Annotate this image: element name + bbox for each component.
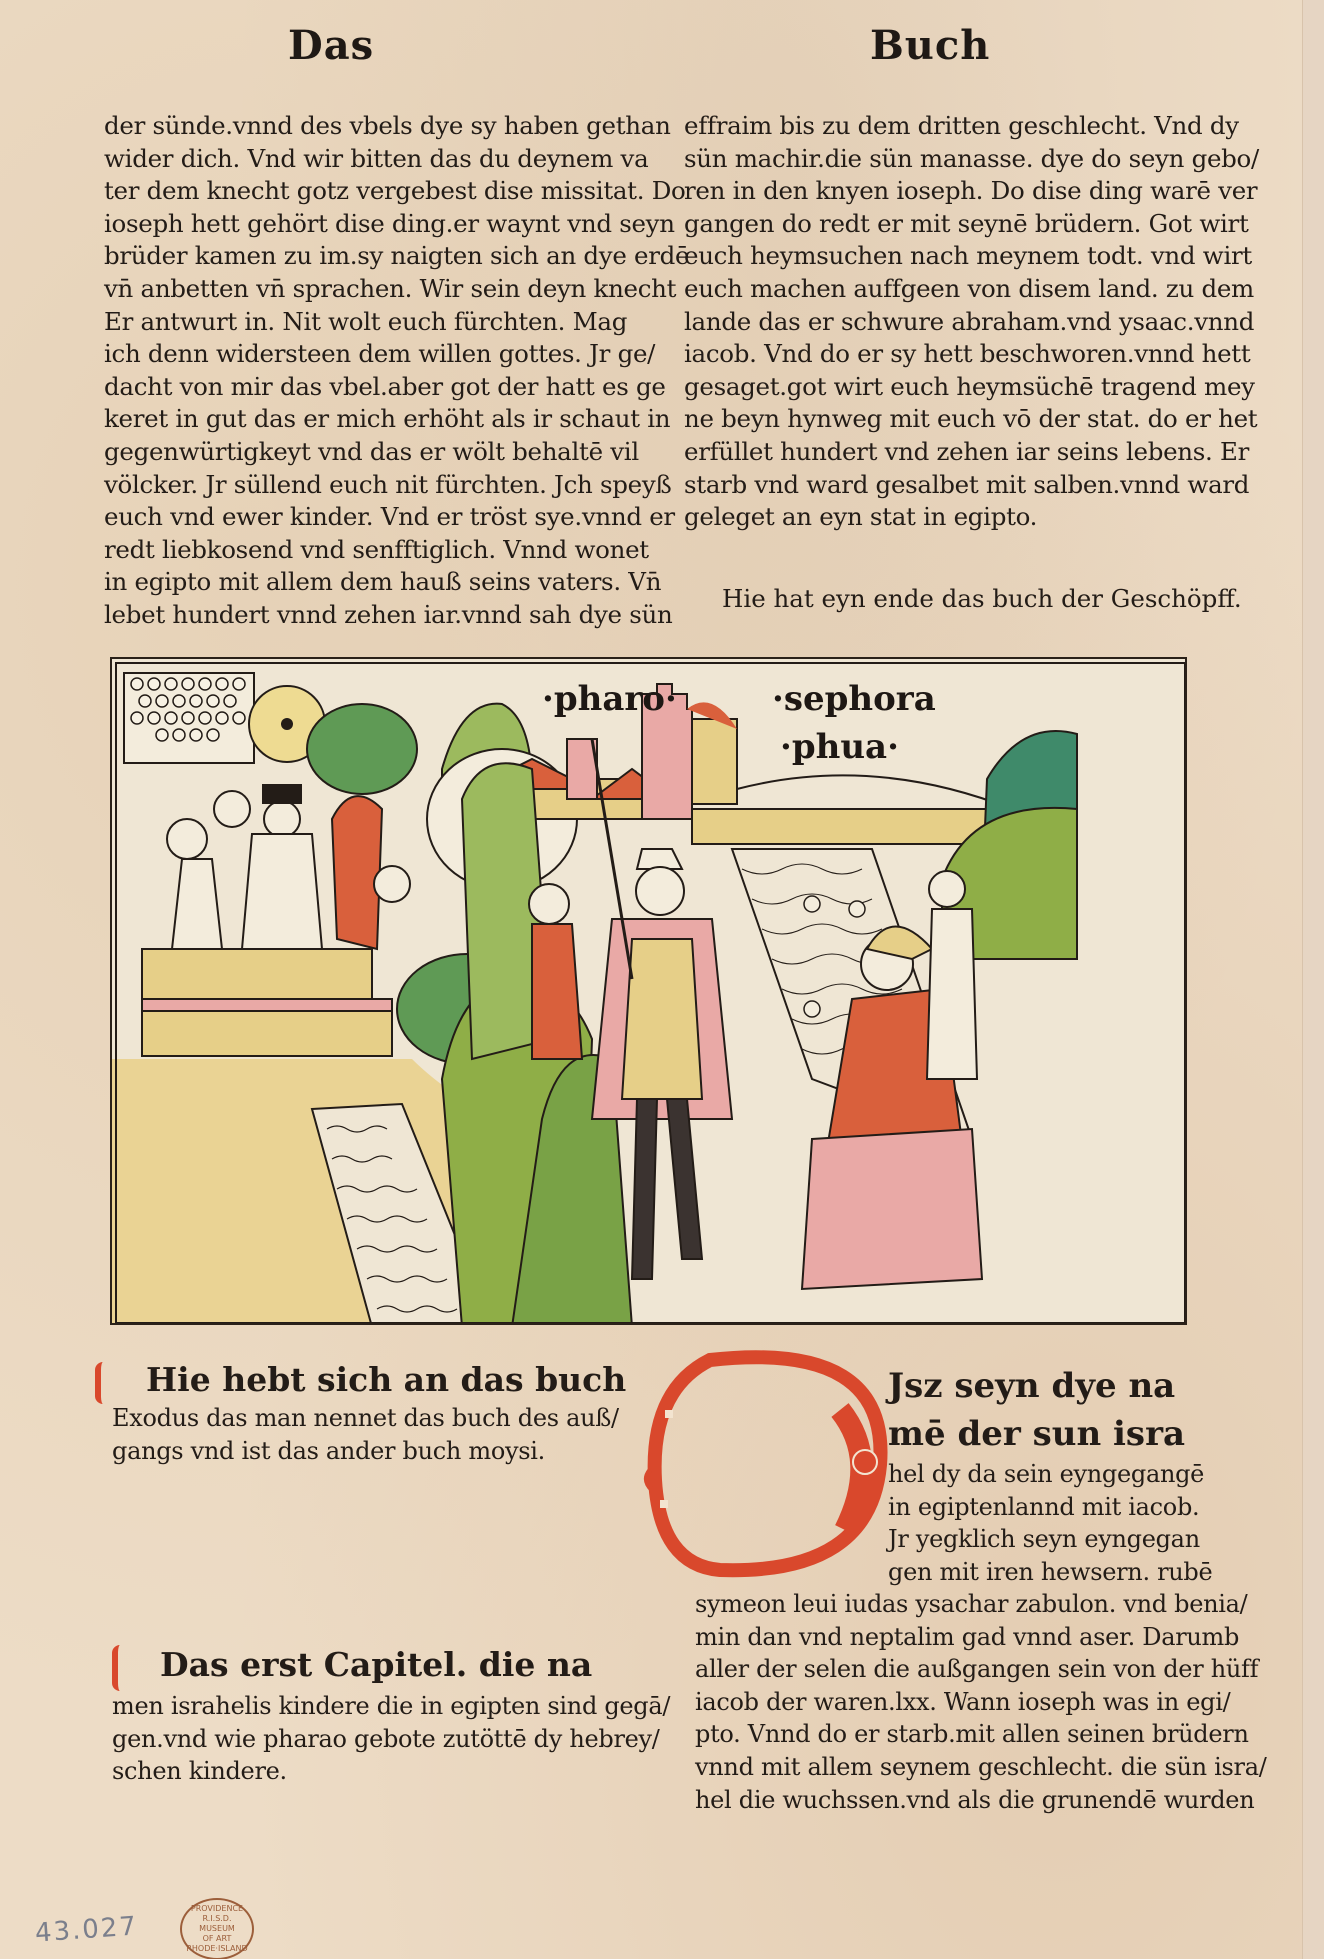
right-text-column: effraim bis zu dem dritten geschlecht. V…: [684, 110, 1184, 534]
text-line: starb vnd ward gesalbet mit salben.vnnd …: [684, 469, 1184, 502]
chapter-text-body: symeon leui iudas ysachar zabulon. vnd b…: [695, 1588, 1267, 1816]
text-line: gen mit iren hewsern. rubē: [888, 1556, 1212, 1589]
rubric-paragraph-mark: [95, 1362, 113, 1404]
text-line: gangs vnd ist das ander buch moysi.: [112, 1435, 619, 1468]
text-line: lebet hundert vnnd zehen iar.vnnd sah dy…: [104, 599, 604, 632]
text-line: gesaget.got wirt euch heymsüchē tragend …: [684, 371, 1184, 404]
running-head-right: Buch: [870, 22, 990, 69]
chapter-text-indented: hel dy da sein eyngegangē in egiptenlann…: [888, 1458, 1212, 1588]
text-line: keret in gut das er mich erhöht als ir s…: [104, 403, 604, 436]
text-line: iacob der waren.lxx. Wann ioseph was in …: [695, 1686, 1267, 1719]
text-line: men israhelis kindere die in egipten sin…: [112, 1690, 670, 1723]
text-line: gegenwürtigkeyt vnd das er wölt behaltē …: [104, 436, 604, 469]
text-line: lande das er schwure abraham.vnd ysaac.v…: [684, 306, 1184, 339]
initial-d-icon: [640, 1350, 890, 1580]
text-line: ne beyn hynweg mit euch vō der stat. do …: [684, 403, 1184, 436]
stamp-line: OF ART: [182, 1934, 252, 1944]
text-line: ioseph hett gehört dise ding.er waynt vn…: [104, 208, 604, 241]
label-sephora: ·sephora: [772, 679, 936, 719]
text-line: der sünde.vnnd des vbels dye sy haben ge…: [104, 110, 604, 143]
exodus-intro-text: Exodus das man nennet das buch des auß/ …: [112, 1402, 619, 1467]
text-line: vnnd mit allem seynem geschlecht. die sü…: [695, 1751, 1267, 1784]
rubric-paragraph-mark: [112, 1645, 130, 1691]
text-line: euch heymsuchen nach meynem todt. vnd wi…: [684, 240, 1184, 273]
chapter-text-heading: Jsz seyn dye na mē der sun isra: [888, 1362, 1185, 1458]
stamp-line: MUSEUM: [182, 1924, 252, 1934]
label-pharaoh: ·pharo·: [542, 679, 677, 719]
decorated-initial-d: [640, 1350, 890, 1580]
text-line: völcker. Jr süllend euch nit fürchten. J…: [104, 469, 604, 502]
text-line: min dan vnd neptalim gad vnnd aser. Daru…: [695, 1621, 1267, 1654]
text-line: hel die wuchssen.vnd als die grunendē wu…: [695, 1784, 1267, 1817]
label-phua: ·phua·: [780, 727, 899, 767]
woodcut-illustration: ·pharo· ·sephora ·phua·: [110, 657, 1187, 1325]
text-line: vn̄ anbetten vn̄ sprachen. Wir sein deyn…: [104, 273, 604, 306]
stamp-line: R.I.S.D.: [182, 1914, 252, 1924]
woodcut-scene: [112, 659, 1187, 1325]
text-line: symeon leui iudas ysachar zabulon. vnd b…: [695, 1588, 1267, 1621]
text-line: effraim bis zu dem dritten geschlecht. V…: [684, 110, 1184, 143]
text-line: brüder kamen zu im.sy naigten sich an dy…: [104, 240, 604, 273]
mount-edge: [1302, 0, 1324, 1959]
text-line: gangen do redt er mit seynē brüdern. Got…: [684, 208, 1184, 241]
book-end-colophon: Hie hat eyn ende das buch der Geschöpff.: [722, 584, 1242, 613]
heading-line: mē der sun isra: [888, 1410, 1185, 1458]
text-line: redt liebkosend vnd senfftiglich. Vnnd w…: [104, 534, 604, 567]
text-line: hel dy da sein eyngegangē: [888, 1458, 1212, 1491]
museum-stamp: PROVIDENCE R.I.S.D. MUSEUM OF ART RHODE·…: [180, 1898, 254, 1959]
text-line: ter dem knecht gotz vergebest dise missi…: [104, 175, 604, 208]
chapter-one-summary: men israhelis kindere die in egipten sin…: [112, 1690, 670, 1788]
text-line: sün machir.die sün manasse. dye do seyn …: [684, 143, 1184, 176]
text-line: pto. Vnnd do er starb.mit allen seinen b…: [695, 1718, 1267, 1751]
text-line: aller der selen die außgangen sein von d…: [695, 1653, 1267, 1686]
text-line: wider dich. Vnd wir bitten das du deynem…: [104, 143, 604, 176]
text-line: geleget an eyn stat in egipto.: [684, 501, 1184, 534]
stamp-line: RHODE·ISLAND: [182, 1944, 252, 1954]
running-head-left: Das: [288, 22, 374, 69]
left-text-column: der sünde.vnnd des vbels dye sy haben ge…: [104, 110, 604, 632]
text-line: Jr yegklich seyn eyngegan: [888, 1523, 1212, 1556]
stamp-line: PROVIDENCE: [182, 1904, 252, 1914]
text-line: gen.vnd wie pharao gebote zutöttē dy heb…: [112, 1723, 670, 1756]
text-line: ren in den knyen ioseph. Do dise ding wa…: [684, 175, 1184, 208]
heading-line: Jsz seyn dye na: [888, 1362, 1185, 1410]
text-line: dacht von mir das vbel.aber got der hatt…: [104, 371, 604, 404]
text-line: Er antwurt in. Nit wolt euch fürchten. M…: [104, 306, 604, 339]
text-line: iacob. Vnd do er sy hett beschworen.vnnd…: [684, 338, 1184, 371]
text-line: euch machen auffgeen von disem land. zu …: [684, 273, 1184, 306]
text-line: ich denn widersteen dem willen gottes. J…: [104, 338, 604, 371]
text-line: schen kindere.: [112, 1755, 670, 1788]
text-line: Exodus das man nennet das buch des auß/: [112, 1402, 619, 1435]
text-line: in egiptenlannd mit iacob.: [888, 1491, 1212, 1524]
text-line: erfüllet hundert vnd zehen iar seins leb…: [684, 436, 1184, 469]
text-line: in egipto mit allem dem hauß seins vater…: [104, 566, 604, 599]
text-line: euch vnd ewer kinder. Vnd er tröst sye.v…: [104, 501, 604, 534]
chapter-one-heading: Das erst Capitel. die na: [160, 1645, 592, 1684]
exodus-heading: Hie hebt sich an das buch: [146, 1360, 626, 1399]
